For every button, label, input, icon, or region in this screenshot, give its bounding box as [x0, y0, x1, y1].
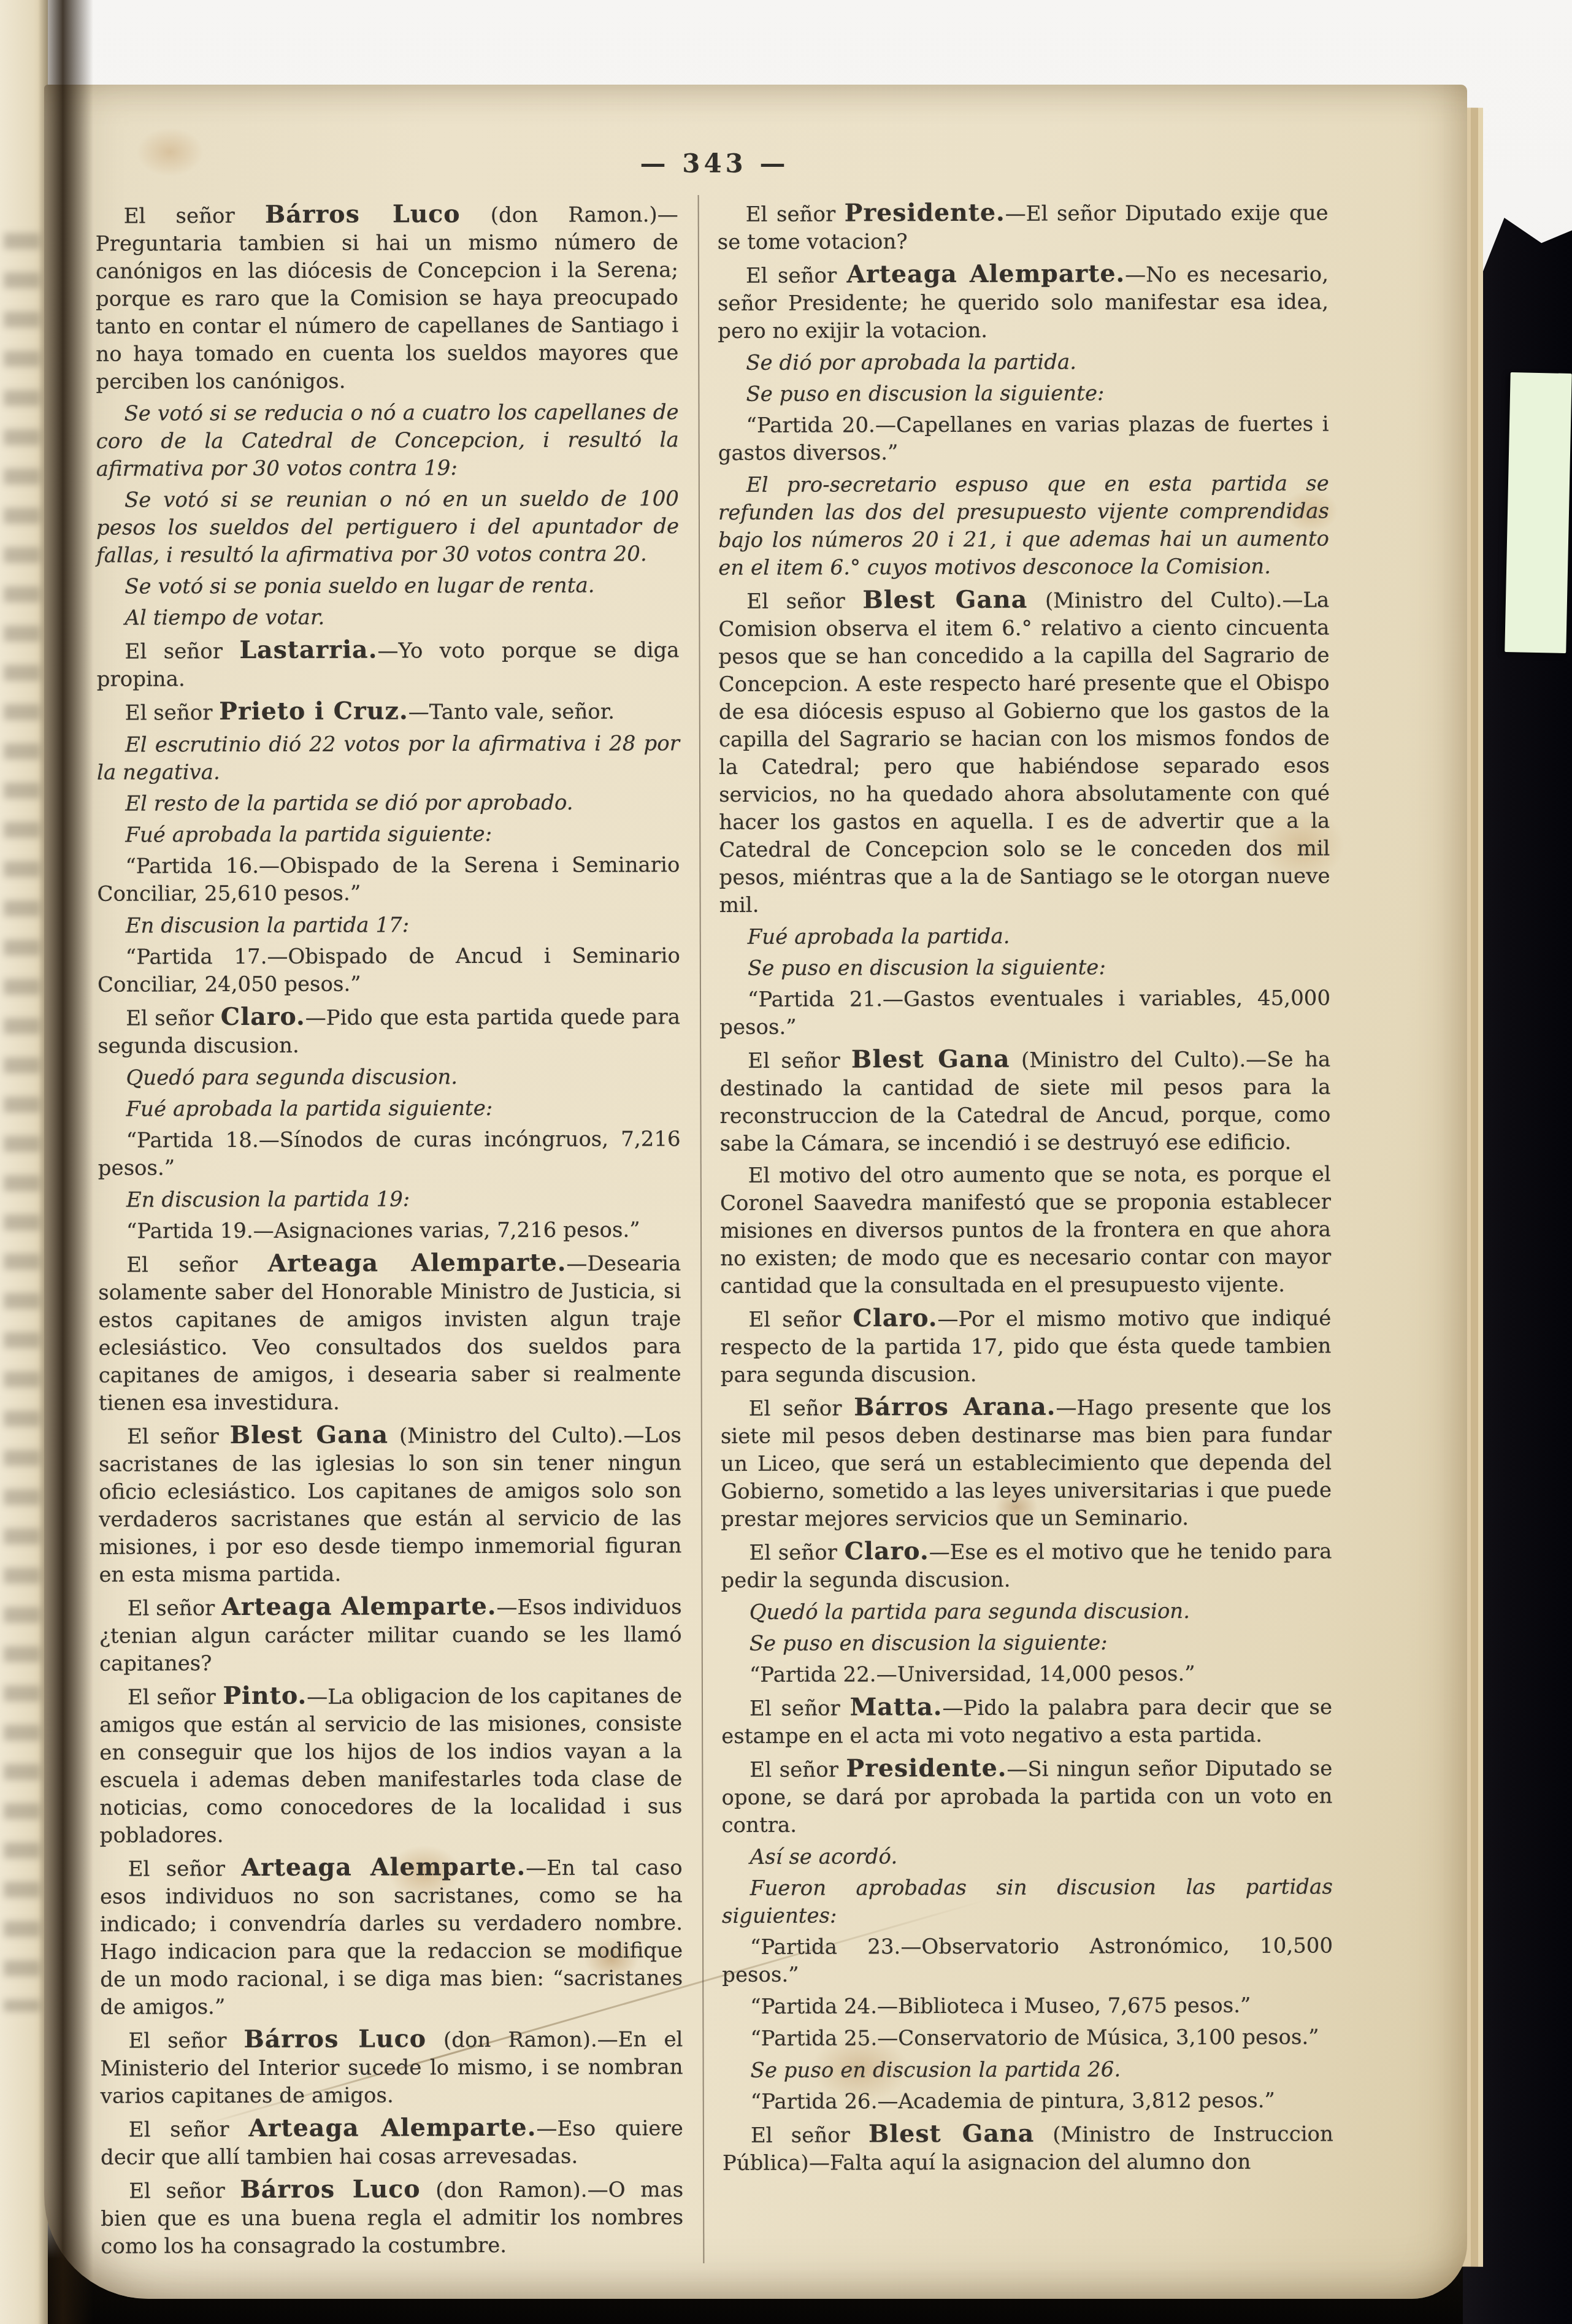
paragraph-speech: El señor Arteaga Alemparte.—Desearia sol… — [98, 1249, 681, 1417]
text-column-left: El señor Bárros Luco (don Ramon.)—Pregun… — [96, 195, 684, 2265]
paragraph-speech: El señor Claro.—Por el mismo motivo que … — [720, 1303, 1331, 1389]
paragraph-note: Se puso en discusion la siguiente: — [718, 379, 1329, 408]
speaker-lead: El señor — [128, 1596, 222, 1620]
speaker-role: (Ministro del Culto). — [388, 1423, 624, 1448]
speaker-lead: El señor — [749, 1540, 844, 1565]
paragraph-note: El resto de la partida se dió por aproba… — [97, 789, 680, 818]
speaker-name: Arteaga Alemparte. — [268, 1249, 567, 1278]
paragraph-speech: El señor Arteaga Alemparte.—Esos individ… — [99, 1592, 682, 1678]
speaker-lead: El señor — [750, 1757, 846, 1782]
paragraph-note: Fué aprobada la partida siguiente: — [97, 820, 680, 849]
paragraph-para: El motivo del otro aumento que se nota, … — [720, 1160, 1332, 1300]
speaker-name: Bárros Luco — [240, 2175, 420, 2204]
paragraph-note: Fueron aprobadas sin discusion las parti… — [722, 1873, 1333, 1930]
paragraph-note: Se puso en discusion la siguiente: — [721, 1628, 1332, 1658]
speaker-name: Presidente. — [845, 199, 1005, 228]
speaker-lead: El señor — [129, 2179, 240, 2203]
paragraph-speech: El señor Bárros Luco (don Ramon).—En el … — [100, 2025, 683, 2110]
speaker-name: Lastarria. — [239, 635, 377, 664]
speaker-name: Pinto. — [223, 1682, 307, 1710]
speaker-lead: El señor — [746, 263, 847, 288]
speech-text: —Tanto vale, señor. — [408, 699, 615, 724]
paragraph-speech: El señor Arteaga Alemparte.—Eso quiere d… — [101, 2114, 683, 2171]
speaker-name: Arteaga Alemparte. — [846, 259, 1125, 288]
paragraph-note: Al tiempo de votar. — [96, 603, 679, 632]
paragraph-speech: El señor Blest Gana (Ministro del Culto)… — [718, 585, 1330, 919]
paragraph-note: El escrutinio dió 22 votos por la afirma… — [97, 730, 680, 786]
paragraph-note: Quedó para segunda discusion. — [98, 1063, 680, 1092]
speaker-role: (don Ramon). — [420, 2178, 587, 2203]
paragraph-quote: “Partida 22.—Universidad, 14,000 pesos.” — [721, 1660, 1332, 1689]
speaker-lead: El señor — [128, 1857, 242, 1881]
speaker-name: Matta. — [850, 1693, 943, 1721]
speaker-name: Arteaga Alemparte. — [241, 1853, 526, 1882]
paragraph-speech: El señor Blest Gana (Ministro del Culto)… — [99, 1421, 682, 1589]
paragraph-note: Así se acordó. — [722, 1842, 1333, 1871]
paragraph-note: Se votó si se ponia sueldo en lugar de r… — [96, 572, 679, 600]
paragraph-note: Quedó la partida para segunda discusion. — [721, 1597, 1332, 1627]
paragraph-note: Se dió por aprobada la partida. — [718, 348, 1329, 377]
paragraph-quote: “Partida 21.—Gastos eventuales i variabl… — [719, 984, 1330, 1041]
paragraph-speech: El señor Blest Gana (Ministro de Instruc… — [723, 2119, 1333, 2177]
page-number: — 343 — — [98, 148, 1331, 178]
paragraph-note: En discusion la partida 17: — [98, 911, 680, 940]
paragraph-note: El pro-secretario espuso que en esta par… — [718, 470, 1329, 582]
speech-text: —Falta aquí la asignacion del alumno don — [809, 2150, 1251, 2176]
speaker-role: (don Ramon.) — [461, 202, 658, 228]
paragraph-speech: El señor Presidente.—El señor Diputado e… — [718, 198, 1329, 256]
speaker-name: Blest Gana — [851, 1045, 1010, 1074]
paragraph-quote: “Partida 23.—Observatorio Astronómico, 1… — [722, 1932, 1333, 1989]
text-column-right: El señor Presidente.—El señor Diputado e… — [698, 193, 1334, 2263]
speaker-lead: El señor — [748, 1307, 853, 1332]
paragraph-speech: El señor Claro.—Ese es el motivo que he … — [721, 1536, 1332, 1595]
speaker-role: (don Ramon). — [426, 2028, 597, 2053]
paragraph-speech: El señor Bárros Luco (don Ramon.)—Pregun… — [96, 200, 679, 396]
paragraph-speech: El señor Pinto.—La obligacion de los cap… — [99, 1681, 683, 1849]
paragraph-speech: El señor Bárros Arana.—Hago presente que… — [721, 1392, 1332, 1533]
paragraph-note: Se votó si se reunian o nó en un sueldo … — [96, 485, 679, 569]
speaker-name: Claro. — [845, 1537, 929, 1565]
speaker-lead: El señor — [125, 700, 220, 725]
speaker-lead: El señor — [127, 1424, 230, 1449]
speaker-lead: El señor — [746, 589, 862, 613]
speaker-lead: El señor — [126, 1006, 221, 1030]
paragraph-quote: “Partida 24.—Biblioteca i Museo, 7,675 p… — [722, 1992, 1333, 2021]
speaker-name: Bárros Luco — [243, 2025, 426, 2054]
paragraph-note: Fué aprobada la partida. — [719, 922, 1330, 951]
speaker-lead: El señor — [125, 639, 239, 664]
paragraph-speech: El señor Prieto i Cruz.—Tanto vale, seño… — [97, 697, 680, 727]
paragraph-speech: El señor Arteaga Alemparte.—En tal caso … — [100, 1853, 683, 2021]
speaker-lead: El señor — [750, 1696, 850, 1720]
speaker-name: Prieto i Cruz. — [219, 697, 408, 726]
speaker-lead: El señor — [751, 2123, 868, 2148]
speech-text: —La Comision observa el item 6.° relativ… — [718, 588, 1330, 918]
paragraph-quote: “Partida 25.—Conservatorio de Música, 3,… — [722, 2023, 1333, 2053]
speaker-name: Arteaga Alemparte. — [248, 2114, 536, 2142]
paragraph-speech: El señor Matta.—Pido la palabra para dec… — [721, 1692, 1332, 1751]
speaker-lead: El señor — [124, 204, 265, 229]
paragraph-quote: “Partida 17.—Obispado de Ancud i Seminar… — [98, 942, 680, 999]
speaker-name: Bárros Luco — [265, 200, 461, 229]
paragraph-quote: “Partida 26.—Academia de pintura, 3,812 … — [723, 2087, 1333, 2116]
paragraph-quote: “Partida 20.—Capellanes en varias plazas… — [718, 410, 1329, 467]
paragraph-speech: El señor Claro.—Pido que esta partida qu… — [98, 1002, 680, 1060]
speaker-name: Arteaga Alemparte. — [221, 1592, 496, 1621]
page-text: El señor Bárros Luco (don Ramon.)—Pregun… — [96, 193, 1334, 2265]
paragraph-speech: El señor Lastarria.—Yo voto porque se di… — [96, 635, 679, 693]
paragraph-speech: El señor Blest Gana (Ministro del Culto)… — [719, 1045, 1330, 1158]
paragraph-speech: El señor Bárros Luco (don Ramon).—O mas … — [101, 2175, 683, 2260]
paragraph-note: En discusion la partida 19: — [98, 1185, 681, 1214]
speaker-role: (Ministro del Culto). — [1010, 1048, 1246, 1073]
speaker-lead: El señor — [126, 1252, 268, 1278]
speaker-name: Blest Gana — [862, 586, 1027, 615]
paragraph-quote: “Partida 18.—Sínodos de curas incóngruos… — [98, 1126, 681, 1182]
speaker-name: Blest Gana — [230, 1421, 388, 1449]
book-photo: — 343 — El señor Bárros Luco (don Ramon.… — [0, 0, 1572, 2324]
speaker-lead: El señor — [748, 1048, 851, 1073]
paragraph-note: Se puso en discusion la partida 26. — [723, 2055, 1333, 2085]
speaker-name: Claro. — [221, 1003, 305, 1031]
gutter-shadow — [38, 0, 93, 2324]
sticky-note[interactable] — [1505, 372, 1572, 653]
speaker-name: Bárros Arana. — [854, 1393, 1056, 1422]
adjacent-page-ghost-text — [4, 233, 40, 2012]
paragraph-quote: “Partida 16.—Obispado de la Serena i Sem… — [97, 851, 680, 908]
speaker-lead: El señor — [128, 1685, 223, 1709]
paragraph-note: Se votó si se reducia o nó a cuatro los … — [96, 399, 678, 483]
paragraph-speech: El señor Arteaga Alemparte.—No es necesa… — [718, 259, 1329, 345]
speaker-lead: El señor — [128, 2028, 243, 2053]
speaker-lead: El señor — [746, 202, 845, 226]
paragraph-speech: El señor Presidente.—Si ningun señor Dip… — [721, 1754, 1332, 1839]
speech-text: —Preguntaria tambien si hai un mismo núm… — [96, 202, 679, 394]
speaker-lead: El señor — [749, 1396, 854, 1421]
speaker-name: Presidente. — [846, 1754, 1006, 1783]
paragraph-quote: “Partida 19.—Asignaciones varias, 7,216 … — [98, 1216, 681, 1245]
speaker-role: (Ministro del Culto). — [1027, 588, 1282, 613]
speaker-name: Claro. — [853, 1304, 937, 1332]
paragraph-note: Fué aprobada la partida siguiente: — [98, 1094, 680, 1123]
speaker-lead: El señor — [129, 2117, 248, 2142]
paragraph-note: Se puso en discusion la siguiente: — [719, 953, 1330, 983]
speaker-name: Blest Gana — [868, 2120, 1034, 2149]
